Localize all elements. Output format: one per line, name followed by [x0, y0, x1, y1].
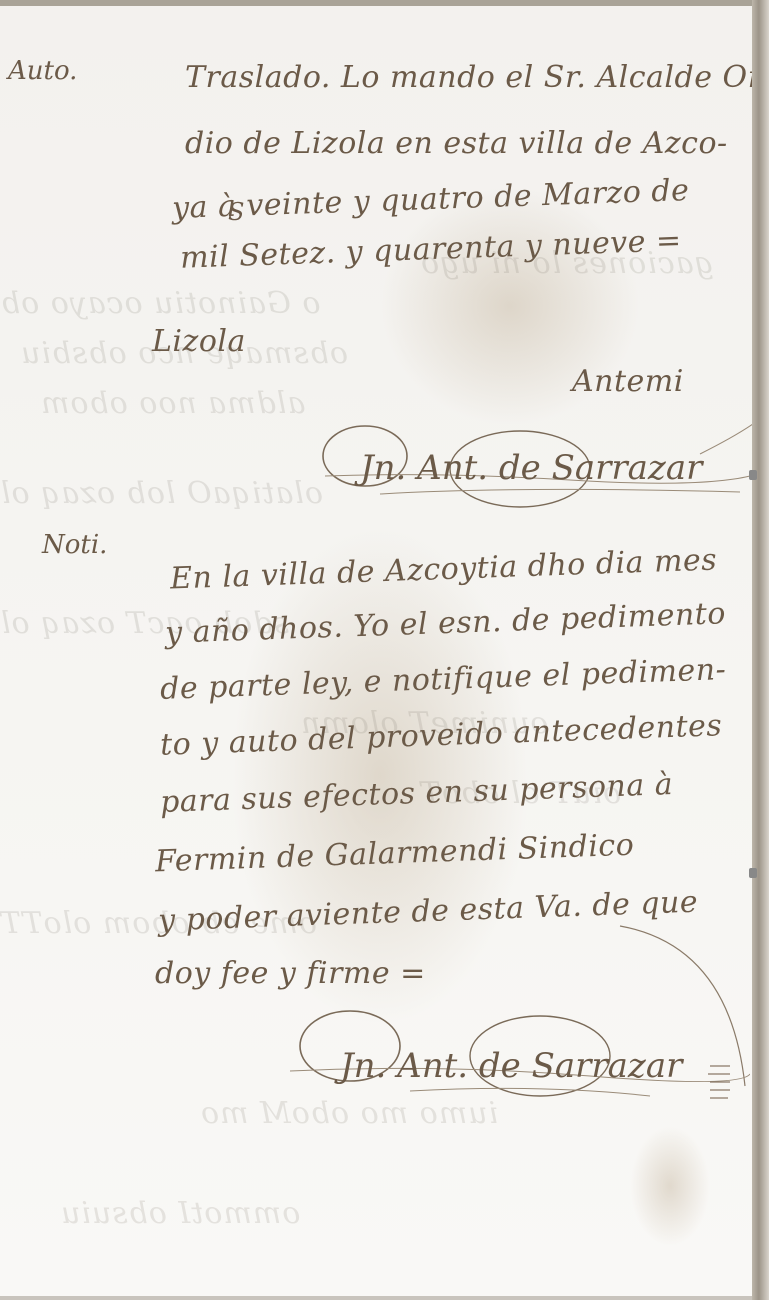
signature-antemi: Antemi — [572, 364, 684, 399]
signature-lizola: Lizola — [152, 324, 246, 359]
text-line: Traslado. Lo mando el Sr. Alcalde Or- — [185, 60, 754, 95]
binding-stitch — [749, 470, 757, 480]
binding-stitch — [749, 868, 757, 878]
bleed-through-text: ommotI obsuiu — [60, 1196, 300, 1231]
page-right-edge — [752, 0, 769, 1300]
notary-signature: Jn. Ant. de Sarrazar — [340, 1046, 682, 1086]
manuscript-page: gaciones lo ni ugo o Gainotiu ocayo ob o… — [0, 6, 754, 1296]
bleed-through-text: aldma noo obom — [40, 386, 305, 421]
bleed-through-text: olatiqaO lob ozaq ol — [0, 476, 323, 511]
text-line: dio de Lizola en esta villa de Azco- — [185, 126, 728, 161]
bleed-through-text: o Gainotiu ocayo ob — [0, 286, 321, 321]
margin-note-auto: Auto. — [8, 56, 77, 86]
water-stain — [630, 1126, 710, 1246]
notary-signature: Jn. Ant. de Sarrazar — [360, 448, 702, 488]
margin-note-noti: Noti. — [42, 530, 107, 560]
signature-flourish — [290, 906, 750, 1126]
signature-overline: S — [228, 198, 244, 226]
